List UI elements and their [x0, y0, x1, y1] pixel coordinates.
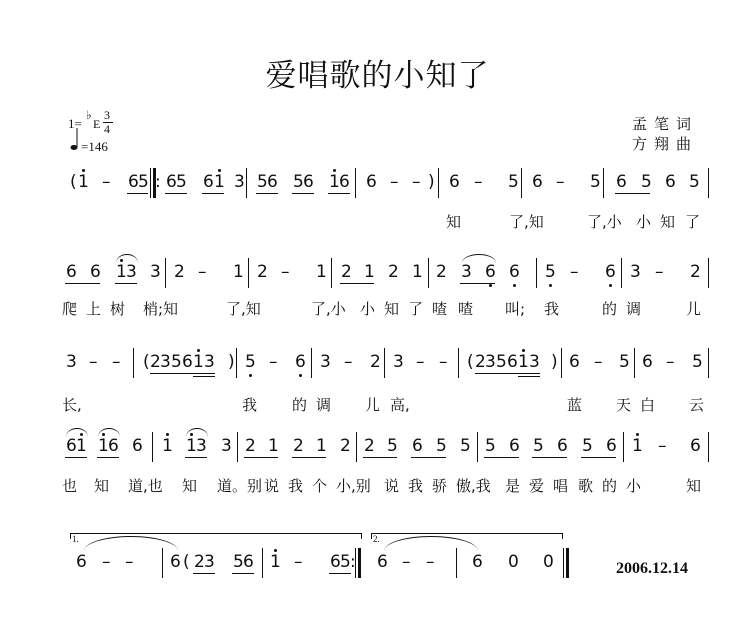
jianpu-note: 3 [204, 552, 215, 572]
jianpu-note: 1 [316, 436, 327, 456]
lyric-text: 知 [182, 475, 197, 496]
jianpu-note: 6 [605, 262, 616, 282]
jianpu-note: 6 [203, 172, 214, 192]
beam-underline [244, 457, 278, 458]
lyric-text: 我 [288, 475, 303, 496]
jianpu-note: 3 [529, 352, 540, 372]
jianpu-note: 1 [214, 172, 225, 192]
barline [561, 348, 562, 378]
slur-arc [462, 254, 496, 263]
slur-arc [66, 428, 88, 437]
octave-down-dot [489, 284, 492, 287]
dash-extension: – [416, 352, 425, 372]
flat-icon: ♭ [86, 108, 92, 123]
jianpu-note: 1 [632, 436, 643, 456]
lyric-text: 是 [505, 475, 520, 496]
lyric-text: 道。别 [217, 475, 262, 496]
parenthesis: ( [467, 352, 474, 372]
lyric-text: 了,知 [226, 298, 261, 319]
double-barline-thin [355, 548, 356, 578]
lyric-text: 知 [660, 211, 675, 232]
lyric-text: 上 [86, 298, 101, 319]
jianpu-note: 1 [233, 262, 244, 282]
lyric-text: 的 [602, 475, 617, 496]
barline [536, 258, 537, 288]
jianpu-note: 5 [533, 436, 544, 456]
barline [311, 348, 312, 378]
key-letter: E [93, 117, 100, 132]
jianpu-note: 3 [461, 262, 472, 282]
jianpu-note: 5 [692, 352, 703, 372]
jianpu-note: 6 [170, 552, 181, 572]
lyric-text: 我 [242, 394, 257, 415]
beam-underline [460, 283, 495, 284]
quarter-note-icon [70, 128, 79, 151]
jianpu-note: 6 [366, 172, 377, 192]
jianpu-note: 2 [293, 436, 304, 456]
jianpu-note: 6 [569, 352, 580, 372]
beam-underline [329, 573, 351, 574]
lyric-text: 唱 [553, 475, 568, 496]
lyric-text: 我 [408, 475, 423, 496]
dash-extension: – [102, 552, 111, 572]
beam-underline [232, 573, 254, 574]
jianpu-note: 5 [436, 436, 447, 456]
jianpu-note: 2 [245, 436, 256, 456]
barline [248, 258, 249, 288]
lyric-text: 儿 [686, 298, 701, 319]
dash-extension: – [412, 172, 421, 192]
jianpu-note: 5 [496, 352, 507, 372]
barline [356, 432, 357, 462]
lyric-text: 儿 [365, 394, 380, 415]
parenthesis: ( [183, 552, 190, 572]
lyric-text: 调 [626, 298, 641, 319]
jianpu-note: 2 [340, 436, 351, 456]
volta-label: 2. [373, 534, 380, 544]
beam-underline [475, 373, 540, 374]
jianpu-note: 1 [412, 262, 423, 282]
lyric-text: 天 [616, 394, 631, 415]
jianpu-note: 1 [76, 436, 87, 456]
jianpu-note: 5 [619, 352, 630, 372]
octave-up-dot [218, 169, 221, 172]
barline [355, 168, 356, 198]
page-title: 爱唱歌的小知了 [0, 50, 755, 95]
beam-underline [340, 283, 374, 284]
lyric-text: 傲,我 [456, 475, 491, 496]
beam-underline [363, 457, 397, 458]
lyric-text: 了,小 [587, 211, 622, 232]
barline [477, 432, 478, 462]
jianpu-note: 6 [509, 436, 520, 456]
barline [621, 258, 622, 288]
jianpu-note: 5 [590, 172, 601, 192]
lyric-text: 梢;知 [143, 298, 178, 319]
jianpu-note: 3 [150, 262, 161, 282]
tempo-value: =146 [81, 139, 108, 155]
jianpu-note: 6 [243, 552, 254, 572]
barline [246, 168, 247, 198]
jianpu-note: 3 [630, 262, 641, 282]
barline [708, 348, 709, 378]
parenthesis: ( [70, 172, 77, 192]
barline [708, 258, 709, 288]
volta-bracket [70, 533, 362, 539]
lyric-text: 云 [689, 394, 704, 415]
lyric-text: 个 [312, 475, 327, 496]
barline [237, 432, 238, 462]
lyric-text: 爱 [529, 475, 544, 496]
lyric-text: 小 [360, 298, 375, 319]
jianpu-note: 5 [176, 172, 187, 192]
slur-arc [98, 428, 120, 437]
jianpu-note: 5 [460, 436, 471, 456]
beam-underline [65, 457, 87, 458]
dash-extension: – [269, 352, 278, 372]
barline [236, 348, 237, 378]
dash-extension: – [556, 172, 565, 192]
lyric-text: 喳 [432, 298, 447, 319]
jianpu-note: 1 [270, 552, 281, 572]
octave-down-dot [609, 284, 612, 287]
jianpu-note: 2 [257, 262, 268, 282]
lyric-text: 小,别 [336, 475, 371, 496]
beam-underline [97, 457, 119, 458]
jianpu-note: 3 [160, 352, 171, 372]
jianpu-note: 1 [316, 262, 327, 282]
beam-underline [202, 193, 224, 194]
jianpu-note: 3 [204, 352, 215, 372]
lyric-text: 说 [384, 475, 399, 496]
barline [456, 548, 457, 578]
jianpu-note: 1 [364, 262, 375, 282]
jianpu-note: 5 [545, 262, 556, 282]
dash-extension: – [281, 262, 290, 282]
lyric-text: 的 [292, 394, 307, 415]
barline [438, 168, 439, 198]
jianpu-note: 3 [196, 436, 207, 456]
beam-underline [185, 457, 207, 458]
jianpu-note: 6 [690, 436, 701, 456]
double-barline [153, 168, 156, 198]
barline [623, 432, 624, 462]
dash-extension: – [294, 552, 303, 572]
barline [521, 168, 522, 198]
jianpu-note: 2 [364, 436, 375, 456]
jianpu-note: 0 [543, 552, 554, 572]
dash-extension: – [439, 352, 448, 372]
jianpu-note: 6 [90, 262, 101, 282]
dash-extension: – [658, 436, 667, 456]
lyric-text: 白 [640, 394, 655, 415]
jianpu-note: 6 [295, 352, 306, 372]
barline [634, 348, 635, 378]
barline [428, 258, 429, 288]
lyric-text: 叫; [505, 298, 525, 319]
lyric-text: 知 [94, 475, 109, 496]
lyric-text: 了,知 [509, 211, 544, 232]
octave-down-dot [513, 284, 516, 287]
jianpu-note: 6 [76, 552, 87, 572]
beam-underline [292, 457, 326, 458]
dash-extension: – [570, 262, 579, 282]
volta-bracket [371, 533, 563, 539]
jianpu-note: 2 [436, 262, 447, 282]
beam-underline [65, 283, 100, 284]
jianpu-note: 5 [138, 172, 149, 192]
lyric-text: 骄 [432, 475, 447, 496]
parenthesis: ) [551, 352, 558, 372]
jianpu-note: 1 [193, 352, 204, 372]
lyric-text: 调 [316, 394, 331, 415]
jianpu-note: 3 [485, 352, 496, 372]
lyric-text: 蓝 [567, 394, 582, 415]
jianpu-note: 5 [245, 352, 256, 372]
jianpu-note: 6 [66, 262, 77, 282]
jianpu-note: 2 [341, 262, 352, 282]
jianpu-note: 6 [485, 262, 496, 282]
octave-up-dot [197, 349, 200, 352]
lyric-text: 高, [390, 394, 410, 415]
dash-extension: – [344, 352, 353, 372]
barline [165, 258, 166, 288]
lyric-text: 歌 [578, 475, 593, 496]
jianpu-note: 5 [582, 436, 593, 456]
barline [458, 348, 459, 378]
jianpu-note: 6 [303, 172, 314, 192]
beam-underline [328, 193, 350, 194]
dash-extension: – [666, 352, 675, 372]
octave-up-dot [274, 549, 277, 552]
dash-extension: – [125, 552, 134, 572]
jianpu-note: 1 [162, 436, 173, 456]
jianpu-note: 6 [412, 436, 423, 456]
parenthesis: ) [428, 172, 435, 192]
jianpu-note: 5 [387, 436, 398, 456]
time-signature-bottom: 4 [104, 122, 110, 137]
beam-underline [127, 193, 148, 194]
lyric-text: 我 [544, 298, 559, 319]
lyric-text: 说 [264, 475, 279, 496]
jianpu-note: 3 [221, 436, 232, 456]
date-stamp: 2006.12.14 [616, 560, 688, 578]
jianpu-note: 6 [507, 352, 518, 372]
jianpu-note: 6 [339, 172, 350, 192]
beam-underline [518, 376, 540, 377]
jianpu-note: 3 [66, 352, 77, 372]
jianpu-note: 5 [641, 172, 652, 192]
barline [384, 348, 385, 378]
dash-extension: – [402, 552, 411, 572]
jianpu-note: 3 [126, 262, 137, 282]
beam-underline [532, 457, 567, 458]
beam-underline [115, 283, 137, 284]
jianpu-note: 0 [508, 552, 519, 572]
barline [603, 168, 604, 198]
parenthesis: ) [228, 352, 235, 372]
lyric-text: 也 [62, 475, 77, 496]
octave-up-dot [166, 433, 169, 436]
double-barline-thin [563, 548, 564, 578]
beam-underline [256, 193, 278, 194]
jianpu-note: 5 [485, 436, 496, 456]
dash-extension: – [426, 552, 435, 572]
dash-extension: – [390, 172, 399, 192]
jianpu-note: 6 [108, 436, 119, 456]
time-signature-top: 3 [104, 108, 110, 123]
jianpu-note: 2 [370, 352, 381, 372]
octave-down-dot [549, 284, 552, 287]
jianpu-note: 1 [518, 352, 529, 372]
jianpu-note: 6 [377, 552, 388, 572]
jianpu-note: 3 [320, 352, 331, 372]
barline [331, 258, 332, 288]
dash-extension: – [594, 352, 603, 372]
jianpu-note: 6 [182, 352, 193, 372]
dash-extension: – [89, 352, 98, 372]
dash-extension: – [102, 172, 111, 192]
jianpu-note: 1 [268, 436, 279, 456]
jianpu-note: 6 [449, 172, 460, 192]
lyricist-credit: 孟笔词 [632, 114, 698, 134]
jianpu-note: 6 [606, 436, 617, 456]
slur-arc [186, 428, 208, 437]
jianpu-note: 6 [132, 436, 143, 456]
jianpu-note: 6 [665, 172, 676, 192]
jianpu-note: 2 [174, 262, 185, 282]
lyric-text: 知 [384, 298, 399, 319]
barline [708, 168, 709, 198]
double-barline [358, 548, 361, 578]
octave-up-dot [333, 169, 336, 172]
beam-underline [615, 193, 650, 194]
dash-extension: – [474, 172, 483, 192]
lyric-text: 爬 [62, 298, 77, 319]
barline [133, 348, 134, 378]
lyric-text: 知 [686, 475, 701, 496]
octave-up-dot [82, 169, 85, 172]
lyric-text: 喳 [458, 298, 473, 319]
slur-arc [116, 254, 138, 263]
beam-underline [411, 457, 446, 458]
jianpu-note: 5 [171, 352, 182, 372]
octave-up-dot [636, 433, 639, 436]
parenthesis: ( [143, 352, 150, 372]
lyric-text: 树 [110, 298, 125, 319]
octave-down-dot [299, 374, 302, 377]
barline [262, 548, 263, 578]
jianpu-note: 2 [690, 262, 701, 282]
beam-underline [581, 457, 616, 458]
beam-underline [193, 573, 215, 574]
jianpu-note: 6 [509, 262, 520, 282]
jianpu-note: 5 [689, 172, 700, 192]
double-barline [566, 548, 569, 578]
barline [162, 548, 163, 578]
beam-underline [150, 373, 215, 374]
composer-credit: 方翔曲 [632, 134, 698, 154]
lyric-text: 了 [408, 298, 423, 319]
jianpu-note: 1 [78, 172, 89, 192]
jianpu-note: 2 [388, 262, 399, 282]
dash-extension: – [198, 262, 207, 282]
lyric-text: 了,小 [311, 298, 346, 319]
jianpu-note: 6 [267, 172, 278, 192]
lyric-text: 的 [602, 298, 617, 319]
jianpu-note: 6 [616, 172, 627, 192]
octave-up-dot [522, 349, 525, 352]
dash-extension: – [112, 352, 121, 372]
barline [152, 432, 153, 462]
lyric-text: 道,也 [128, 475, 163, 496]
jianpu-note: 6 [642, 352, 653, 372]
jianpu-note: 6 [557, 436, 568, 456]
beam-underline [484, 457, 519, 458]
lyric-text: 了 [685, 211, 700, 232]
lyric-text: 小 [636, 211, 651, 232]
lyric-text: 知 [446, 211, 461, 232]
double-barline-thin [150, 168, 151, 198]
volta-label: 1. [72, 534, 79, 544]
beam-underline [292, 193, 314, 194]
beam-underline [193, 376, 215, 377]
lyric-text: 长, [62, 394, 82, 415]
jianpu-note: 5 [508, 172, 519, 192]
dash-extension: – [655, 262, 664, 282]
beam-underline [165, 193, 187, 194]
jianpu-note: 3 [393, 352, 404, 372]
octave-down-dot [249, 374, 252, 377]
jianpu-note: 6 [472, 552, 483, 572]
lyric-text: 小 [626, 475, 641, 496]
barline [708, 432, 709, 462]
jianpu-note: 6 [532, 172, 543, 192]
jianpu-note: 3 [234, 172, 245, 192]
